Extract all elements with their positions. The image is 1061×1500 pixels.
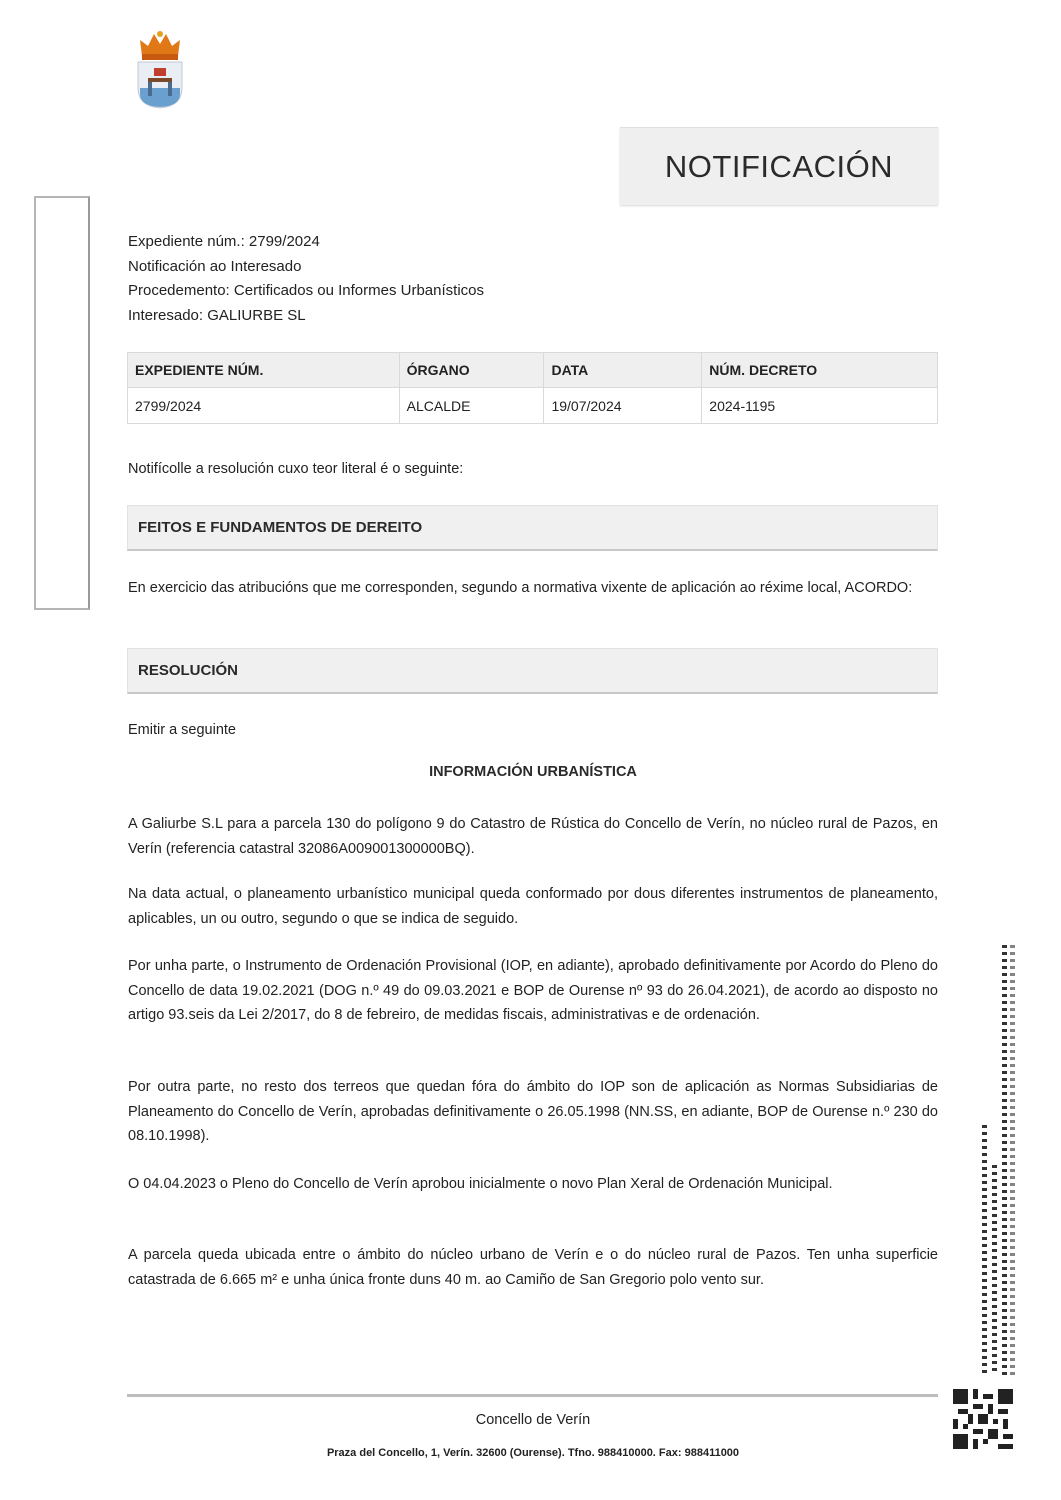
footer-divider bbox=[127, 1394, 938, 1397]
section-heading-facts: FEITOS E FUNDAMENTOS DE DEREITO bbox=[127, 505, 938, 551]
paragraph: Por unha parte, o Instrumento de Ordenac… bbox=[128, 954, 938, 1028]
file-metadata: Expediente núm.: 2799/2024 Notificación … bbox=[128, 230, 484, 328]
footer-address: Praza del Concello, 1, Verín. 32600 (Our… bbox=[128, 1447, 938, 1459]
file-number: Expediente núm.: 2799/2024 bbox=[128, 230, 484, 255]
registry-stamp-box bbox=[34, 196, 90, 610]
paragraph: Na data actual, o planeamento urbanístic… bbox=[128, 882, 938, 931]
section-facts-text: En exercicio das atribucións que me corr… bbox=[128, 576, 938, 601]
paragraph: O 04.04.2023 o Pleno do Concello de Verí… bbox=[128, 1172, 938, 1197]
section-heading-resolution: RESOLUCIÓN bbox=[127, 648, 938, 694]
column-header: ÓRGANO bbox=[399, 353, 544, 388]
paragraph: A parcela queda ubicada entre o ámbito d… bbox=[128, 1243, 938, 1292]
interested-party: Interesado: GALIURBE SL bbox=[128, 304, 484, 329]
urban-info-heading: INFORMACIÓN URBANÍSTICA bbox=[128, 764, 938, 780]
column-header: DATA bbox=[544, 353, 702, 388]
table-row: 2799/2024 ALCALDE 19/07/2024 2024-1195 bbox=[128, 388, 938, 424]
table-cell: ALCALDE bbox=[399, 388, 544, 424]
paragraph: A Galiurbe S.L para a parcela 130 do pol… bbox=[128, 812, 938, 861]
notification-type: Notificación ao Interesado bbox=[128, 255, 484, 280]
column-header: EXPEDIENTE NÚM. bbox=[128, 353, 400, 388]
table-cell: 19/07/2024 bbox=[544, 388, 702, 424]
paragraph: Por outra parte, no resto dos terreos qu… bbox=[128, 1075, 938, 1149]
procedure: Procedemento: Certificados ou Informes U… bbox=[128, 279, 484, 304]
verification-code-text bbox=[978, 945, 1022, 1385]
qr-code-icon bbox=[952, 1389, 1014, 1449]
coat-of-arms-crest-icon bbox=[134, 26, 186, 110]
table-cell: 2799/2024 bbox=[128, 388, 400, 424]
table-cell: 2024-1195 bbox=[702, 388, 938, 424]
decree-info-table: EXPEDIENTE NÚM. ÓRGANO DATA NÚM. DECRETO… bbox=[127, 352, 938, 424]
footer-organization: Concello de Verín bbox=[128, 1412, 938, 1428]
table-header-row: EXPEDIENTE NÚM. ÓRGANO DATA NÚM. DECRETO bbox=[128, 353, 938, 388]
document-title: NOTIFICACIÓN bbox=[620, 127, 938, 205]
column-header: NÚM. DECRETO bbox=[702, 353, 938, 388]
intro-text: Notifícolle a resolución cuxo teor liter… bbox=[128, 457, 938, 482]
emit-text: Emitir a seguinte bbox=[128, 718, 938, 743]
